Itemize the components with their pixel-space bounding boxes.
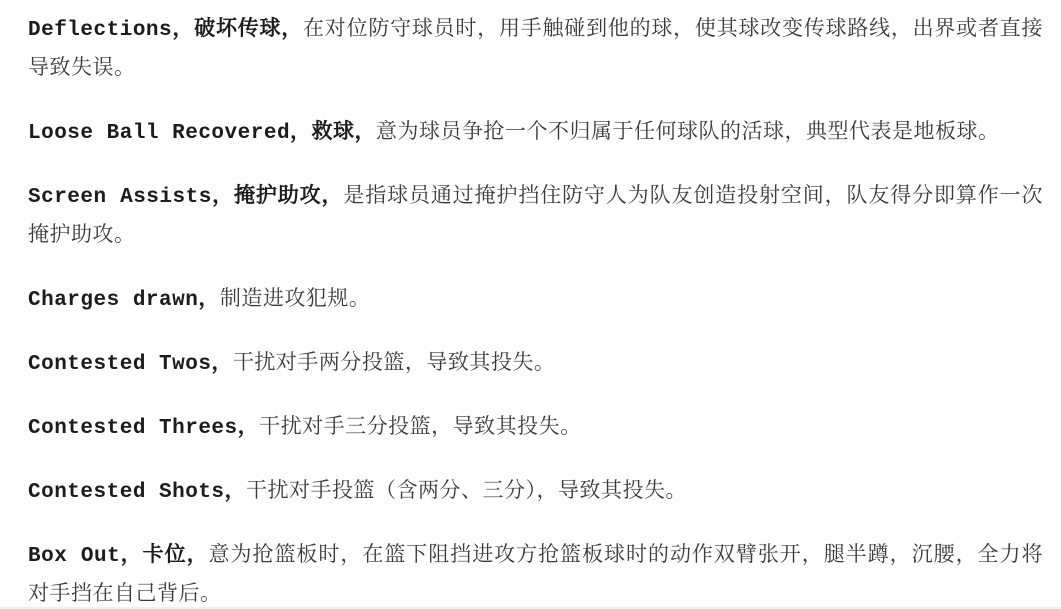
glossary-paragraph: Contested Twos，干扰对手两分投篮，导致其投失。 <box>28 345 1043 384</box>
glossary-paragraph: Charges drawn，制造进攻犯规。 <box>28 281 1043 320</box>
term-label: Screen Assists，掩护助攻， <box>28 186 343 209</box>
term-label: Deflections，破坏传球， <box>28 19 303 42</box>
term-label: Contested Twos， <box>28 353 233 376</box>
definition-text: 干扰对手投篮（含两分、三分），导致其投失。 <box>246 481 687 504</box>
definition-text: 制造进攻犯规。 <box>220 289 371 312</box>
glossary-text-block: Deflections，破坏传球，在对位防守球员时，用手触碰到他的球，使其球改变… <box>28 11 1043 609</box>
glossary-paragraph: Box Out，卡位，意为抢篮板时，在篮下阻挡进攻方抢篮板球时的动作双臂张开，腿… <box>28 537 1043 609</box>
definition-text: 意为球员争抢一个不归属于任何球队的活球，典型代表是地板球。 <box>376 122 1000 145</box>
glossary-paragraph: Deflections，破坏传球，在对位防守球员时，用手触碰到他的球，使其球改变… <box>28 11 1043 89</box>
document-page: Deflections，破坏传球，在对位防守球员时，用手触碰到他的球，使其球改变… <box>0 0 1061 609</box>
glossary-paragraph: Screen Assists，掩护助攻，是指球员通过掩护挡住防守人为队友创造投射… <box>28 178 1043 256</box>
definition-text: 干扰对手两分投篮，导致其投失。 <box>233 353 556 376</box>
glossary-paragraph: Contested Threes，干扰对手三分投篮，导致其投失。 <box>28 409 1043 448</box>
glossary-paragraph: Contested Shots，干扰对手投篮（含两分、三分），导致其投失。 <box>28 473 1043 512</box>
term-label: Contested Threes， <box>28 417 259 440</box>
term-label: Loose Ball Recovered，救球， <box>28 122 376 145</box>
glossary-paragraph: Loose Ball Recovered，救球，意为球员争抢一个不归属于任何球队… <box>28 114 1043 153</box>
term-label: Contested Shots， <box>28 481 246 504</box>
term-label: Box Out，卡位， <box>28 545 209 568</box>
definition-text: 干扰对手三分投篮，导致其投失。 <box>259 417 582 440</box>
term-label: Charges drawn， <box>28 289 220 312</box>
